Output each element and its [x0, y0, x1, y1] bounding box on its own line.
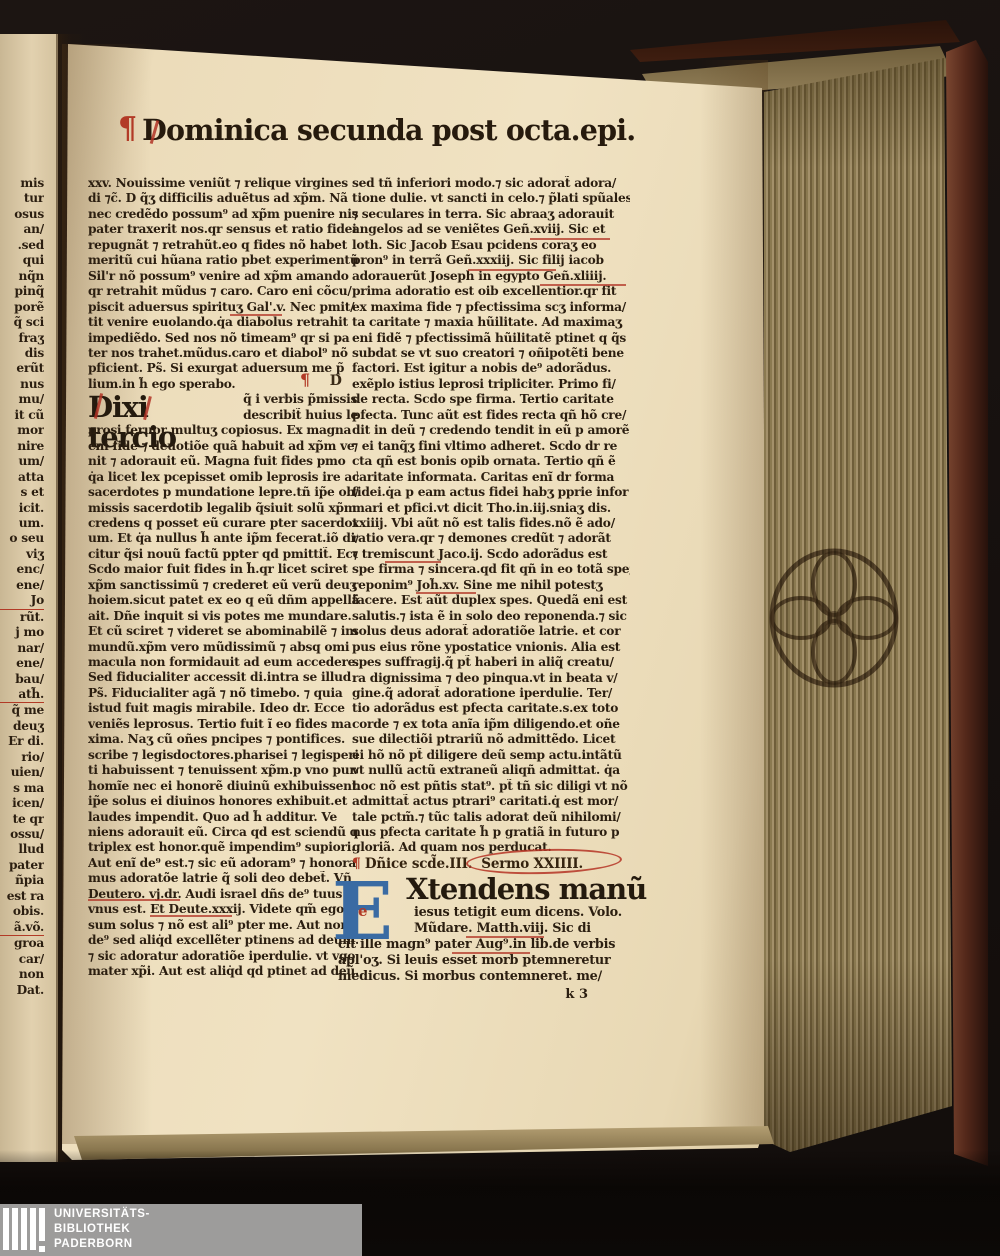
text-line: prosi feruor multuʒ copiosus. Ex magna	[88, 423, 358, 438]
quatrefoil-cross-stamp-icon	[766, 544, 902, 692]
text-line: ossu/	[0, 827, 44, 842]
text-line: nec credẽdo possum⁹ ad xp̃m puenire nisi	[88, 207, 358, 222]
text-line: de recta. Scdo spe firma. Tertio caritat…	[352, 392, 630, 407]
text-line: describit̃ huius le	[243, 408, 358, 423]
text-line: tio adorãdus est pfecta caritate.s.ex to…	[352, 701, 630, 716]
section-incipit-sidelines: q̃ i verbis p̃missisdescribit̃ huius le	[243, 392, 358, 423]
text-line: Aut enĩ de⁹ est.⁊ sic eũ adoram⁹ ⁊ honor…	[88, 856, 358, 871]
text-line: tur	[0, 191, 44, 206]
text-line: sue dilectiõi ptrariũ nõ admittẽdo. Lice…	[352, 732, 630, 747]
text-line: enc/	[0, 562, 44, 577]
text-line: citur q̃si nouũ factũ ppter qd pmittit̃.…	[88, 547, 358, 562]
text-line: j mo	[0, 625, 44, 640]
book-photograph: misturosusan/.sedquinq̃npinq̃porẽq̃ scif…	[0, 0, 1000, 1256]
text-line: ex maxima fide ⁊ pfectissima scʒ informa…	[352, 300, 630, 315]
text-line: um.	[0, 516, 44, 531]
text-line: q̃ me	[0, 703, 44, 718]
text-line: q̃ i verbis p̃missis	[243, 392, 358, 407]
text-line: ter nos trahet.mũdus.caro et diabol⁹ nõ	[88, 346, 358, 361]
text-line: exẽplo istius leprosi tripliciter. Primo…	[352, 377, 630, 392]
text-line: adorauerũt Joseph in egypto Geñ.xliiij.	[352, 269, 630, 284]
text-line: xxiiij. Vbi aũt nõ est talis fides.nõ ẽ …	[352, 516, 630, 531]
rubric-underline	[230, 314, 282, 316]
text-line: osus	[0, 207, 44, 222]
library-name-line2: BIBLIOTHEK	[54, 1222, 150, 1237]
text-line: iesus tetigit eum dicens. Volo.	[414, 905, 630, 921]
text-line: salutis.⁊ ista ẽ in solo deo reponenda.⁊…	[352, 609, 630, 624]
rubric-underline	[468, 269, 556, 271]
text-line: q̇a licet lex pcepisset omib leprosis ir…	[88, 470, 358, 485]
text-line: pater traxerit nos.qr sensus et ratio fi…	[88, 222, 358, 237]
text-line: mater xp̃i. Aut est aliq̇d qd ptinet ad …	[88, 964, 358, 979]
text-line: car/	[0, 952, 44, 967]
text-line: ⁊ tremiscunt Jaco.ij. Scdo adorãdus est	[352, 547, 630, 562]
text-line: rũt.	[0, 610, 44, 625]
text-line: ip̃e solus ei diuinos honores exhibuit.e…	[88, 794, 358, 809]
text-line: Sil'r nõ possum⁹ venire ad xp̃m amando	[88, 269, 358, 284]
text-line: Mũdare. Matth.viij. Sic di	[414, 921, 630, 937]
text-line: ratio vera.qr ⁊ demones credũt ⁊ adorãt	[352, 531, 630, 546]
text-line: Et cũ sciret ⁊ videret se abominabilẽ ⁊ …	[88, 624, 358, 639]
text-line: eni fidẽ ⁊ pfectissimã hũilitatẽ ptinet …	[352, 331, 630, 346]
text-line: nit ⁊ adorauit eũ. Magna fuit fides pmo	[88, 454, 358, 469]
text-line: ei hõ nõ pt̃ diligere deũ semp actu.intã…	[352, 748, 630, 763]
text-line: caritate informata. Caritas enĩ dr forma	[352, 470, 630, 485]
text-line: ⁊ seculares in terra. Sic abraaʒ adoraui…	[352, 207, 630, 222]
text-line: macula non formidauit ad eum accedere.	[88, 655, 358, 670]
text-line: est ra	[0, 889, 44, 904]
library-watermark-band: UNIVERSITÄTS- BIBLIOTHEK PADERBORN	[0, 1204, 362, 1256]
text-line: subdat se vt suo creatori ⁊ oñipotẽti be…	[352, 346, 630, 361]
text-line: laudes impendit. Quo ad h̃ additur. Ve	[88, 810, 358, 825]
text-line: istud fuit magis mirabile. Ideo dr. Ecce	[88, 701, 358, 716]
text-line: mor	[0, 423, 44, 438]
rubric-underline	[385, 561, 441, 563]
rubric-underline	[466, 936, 544, 938]
text-line: vt nullũ actũ extraneũ aliqñ admittat. q…	[352, 763, 630, 778]
illuminated-initial: E e	[332, 876, 404, 956]
text-line: qui	[0, 253, 44, 268]
text-line: mundũ.xp̃m vero mũdissimũ ⁊ absq omi	[88, 640, 358, 655]
text-line: reponim⁹ Joh̃.xv. Sine me nihil potestʒ	[352, 578, 630, 593]
library-name-line3: PADERBORN	[54, 1237, 150, 1252]
text-line: q̃ sci	[0, 315, 44, 330]
text-line: bau/	[0, 672, 44, 687]
text-line: hoiem.sicut patet ex eo q eũ dñm appellã…	[88, 593, 358, 608]
paragraph-mark-and-guide-letter: ¶ D	[300, 370, 342, 389]
text-line: piscit aduersus spirituʒ Gal'.v. Nec pmi…	[88, 300, 358, 315]
ub-paderborn-logo-icon	[2, 1208, 48, 1256]
text-line: nar/	[0, 641, 44, 656]
text-column-left: xxv. Nouissime veniũt ⁊ relique virgines…	[88, 176, 358, 980]
text-line: porẽ	[0, 300, 44, 315]
text-line: angelos ad se veniẽtes Geñ.xviij. Sic et	[352, 222, 630, 237]
text-line: nus pfecta caritate h̃ p gratiã in futur…	[352, 825, 630, 840]
text-line: de⁹ sed aliq̇d excellẽter ptinens ad deu…	[88, 933, 358, 948]
text-line: Sed fiducialiter accessit di.intra se il…	[88, 670, 358, 685]
rubric-underline	[88, 899, 180, 901]
text-line: dit in deũ ⁊ credendo tendit in eũ p amo…	[352, 423, 630, 438]
text-line: mus adoratõe latrie q̃ soli deo debet̃. …	[88, 871, 358, 886]
text-line: nus	[0, 377, 44, 392]
initial-pen-flourish: e	[358, 902, 368, 920]
text-line: niens adorauit eũ. Circa qd est sciendũ …	[88, 825, 358, 840]
text-line: Ps̃. Fiducialiter agã ⁊ nõ timebo. ⁊ qui…	[88, 686, 358, 701]
text-line: Jo	[0, 593, 44, 609]
text-line: dis	[0, 346, 44, 361]
text-line: triplex est honor.quẽ impendim⁹ supiori.	[88, 840, 358, 855]
text-line: ene/	[0, 656, 44, 671]
text-line: an/	[0, 222, 44, 237]
text-line: nq̃n	[0, 269, 44, 284]
text-line: sacerdotes p mundatione lepre.tñ ip̃e ob…	[88, 485, 358, 500]
text-line: di ⁊c̃. D q̃ʒ difficilis aduẽtus ad xp̃m…	[88, 191, 358, 206]
text-line: ene/	[0, 578, 44, 593]
text-line: o seu	[0, 531, 44, 546]
text-line: tione dulie. vt sancti in celo.⁊ p̃lati …	[352, 191, 630, 206]
text-line: gine.q̃ adorat̃ adoratione iperdulie. Te…	[352, 686, 630, 701]
text-line: ñpia	[0, 873, 44, 888]
text-line: Er di.	[0, 734, 44, 749]
text-line: obis.	[0, 904, 44, 919]
text-line: ⁊ ei tanq̃ʒ fini vltimo adheret. Scdo dr…	[352, 439, 630, 454]
rubric-underline	[150, 915, 232, 917]
text-line: Scdo maior fuit fides in h̃.qr licet sci…	[88, 562, 358, 577]
text-line: homĩe nec ei honorẽ diuinũ exhibuissent.	[88, 779, 358, 794]
text-line: te qr	[0, 812, 44, 827]
text-line: ath̃.	[0, 687, 44, 703]
rubric-underline	[416, 592, 476, 594]
previous-page-sliver: misturosusan/.sedquinq̃npinq̃porẽq̃ scif…	[0, 34, 58, 1162]
text-line: factori. Est igitur a nobis de⁹ adorãdus…	[352, 361, 630, 376]
text-line: impediẽdo. Sed nos nõ timeam⁹ qr si pa	[88, 331, 358, 346]
text-line: llud	[0, 842, 44, 857]
text-line: .sed	[0, 238, 44, 253]
text-line: xp̃m sanctissimũ ⁊ crederet eũ verũ deuʒ…	[88, 578, 358, 593]
text-line: tit venire euolando.q̇a diabolus retrahi…	[88, 315, 358, 330]
text-line: solus deus adorat̃ adoratiõe latrie. et …	[352, 624, 630, 639]
paragraph-two: prosi feruor multuʒ copiosus. Ex magnaen…	[88, 423, 358, 979]
text-line: ait. Dñe inquit si vis potes me mundare.	[88, 609, 358, 624]
text-line: nire	[0, 439, 44, 454]
text-line: qr retrahit mũdus ⁊ caro. Caro eni cõcu/	[88, 284, 358, 299]
text-line: pus eius rõne ypostatice vnionis. Alia e…	[352, 640, 630, 655]
left-page-text-fragments: misturosusan/.sedquinq̃npinq̃porẽq̃ scif…	[0, 176, 44, 998]
text-line: pfecta. Tunc aũt est fides recta qñ hõ c…	[352, 408, 630, 423]
text-line: missis sacerdotib legalib q̃siuit solũ x…	[88, 501, 358, 516]
text-line: xxv. Nouissime veniũt ⁊ relique virgines	[88, 176, 358, 191]
text-line: ra dignissima ⁊ deo pinqua.vt in beata v…	[352, 671, 630, 686]
text-line: corde ⁊ ex tota anĩa ip̃m diligendo.et o…	[352, 717, 630, 732]
text-line: Dat.	[0, 983, 44, 998]
text-line: ta caritate ⁊ maxia hũilitate. Ad maxima…	[352, 315, 630, 330]
text-line: spe firma ⁊ sincera.qd fit qñ in eo totã…	[352, 562, 630, 577]
text-line: non	[0, 967, 44, 982]
sermon-incipit: Xtendens manũ	[406, 874, 630, 905]
running-title-text: Dominica secunda post octa.epi.	[142, 112, 635, 148]
text-line: s et	[0, 485, 44, 500]
text-line: erũt	[0, 361, 44, 376]
section-heading-row: Dixi tercio q̃ i verbis p̃missisdescribi…	[88, 392, 358, 423]
rubric-underline	[452, 952, 530, 954]
text-line: mari et pfici.vt dicit Tho.in.iij.sniaʒ …	[352, 501, 630, 516]
paragraph-one: xxv. Nouissime veniũt ⁊ relique virgines…	[88, 176, 358, 392]
text-line: atta	[0, 470, 44, 485]
pilcrow-mark: ¶	[300, 370, 310, 389]
text-line: repugnãt ⁊ retrahũt.eo q fides nõ habet	[88, 238, 358, 253]
text-line: uien/	[0, 765, 44, 780]
text-line: pinq̃	[0, 284, 44, 299]
text-line: xima. Naʒ cũ oñes pncipes ⁊ pontifices.	[88, 732, 358, 747]
text-line: prima adoratio est oib excellentior.qr f…	[352, 284, 630, 299]
quire-signature: k 3	[352, 987, 630, 1002]
text-line: ⁊ sic adoratur adoratiõe iperdulie. vt v…	[88, 949, 358, 964]
text-line: icen/	[0, 796, 44, 811]
text-line: deuʒ	[0, 719, 44, 734]
library-name-line1: UNIVERSITÄTS-	[54, 1207, 150, 1222]
text-line: mis	[0, 176, 44, 191]
paragraph: sed tñ inferiori modo.⁊ sic adorat̃ ador…	[352, 176, 630, 856]
sermon-indented-lines: iesus tetigit eum dicens. Volo.Mũdare. M…	[414, 905, 630, 937]
text-line: admittat̃ actus ptrari⁹ caritati.q̇ est …	[352, 794, 630, 809]
text-line: hoc nõ est pñtis stat⁹. pt̃ tñ sic dilig…	[352, 779, 630, 794]
text-line: rio/	[0, 750, 44, 765]
text-line: eni fide ⁊ deuotiõe quã habuit ad xp̃m v…	[88, 439, 358, 454]
guide-letter: D	[330, 373, 342, 389]
text-line: icit.	[0, 501, 44, 516]
text-line: spes suffragij.q̃ pt̃ haberi in aliq̃ cr…	[352, 655, 630, 670]
back-cover-edge	[946, 40, 988, 1166]
text-line: viʒ	[0, 547, 44, 562]
text-line: credens q posset eũ curare pter sacerdot…	[88, 516, 358, 531]
text-line: ã.võ.	[0, 920, 44, 936]
text-line: mu/	[0, 392, 44, 407]
running-title: ¶ Dominica secunda post octa.epi.	[118, 112, 635, 148]
text-line: facere. Est aũt duplex spes. Quedã eni e…	[352, 593, 630, 608]
text-line: cta qñ est bonis opib ornata. Tertio qñ …	[352, 454, 630, 469]
library-name: UNIVERSITÄTS- BIBLIOTHEK PADERBORN	[54, 1207, 150, 1252]
text-line: medicus. Si morbus contemneret̃. me/	[338, 969, 630, 985]
pilcrow-mark: ¶	[118, 112, 137, 146]
text-line: tale pctm̃.⁊ tũc talis adorat deũ nihilo…	[352, 810, 630, 825]
text-line: um/	[0, 454, 44, 469]
text-line: ti habuissent ⁊ tenuissent xp̃m.p vno pu…	[88, 763, 358, 778]
text-line: um. Et q̇a nullus h̃ ante ip̃m fecerat.i…	[88, 531, 358, 546]
text-column-right: sed tñ inferiori modo.⁊ sic adorat̃ ador…	[352, 176, 630, 1002]
text-line: it cũ	[0, 408, 44, 423]
text-line: meritũ cui hũana ratio pbet experimentũ	[88, 253, 358, 268]
rubric-underline	[530, 238, 610, 240]
text-line: pater	[0, 858, 44, 873]
text-line: groa	[0, 936, 44, 951]
text-line: loth. Sic Jacob Esau pcidens coraʒ eo	[352, 238, 630, 253]
text-line: fraʒ	[0, 331, 44, 346]
text-line: scribe ⁊ legisdoctores.pharisei ⁊ legisp…	[88, 748, 358, 763]
text-line: sed tñ inferiori modo.⁊ sic adorat̃ ador…	[352, 176, 630, 191]
text-line: sum solus ⁊ nõ est ali⁹ pter me. Aut non…	[88, 918, 358, 933]
rubric-underline	[540, 284, 626, 286]
text-line: fidei.q̇a p eam actus fidei habʒ pprie i…	[352, 485, 630, 500]
text-line: pron⁹ in terrã Geñ.xxxiij. Sic filij iac…	[352, 253, 630, 268]
text-line: s ma	[0, 781, 44, 796]
text-line: veniẽs leprosus. Tertio fuit ĩ eo fides …	[88, 717, 358, 732]
